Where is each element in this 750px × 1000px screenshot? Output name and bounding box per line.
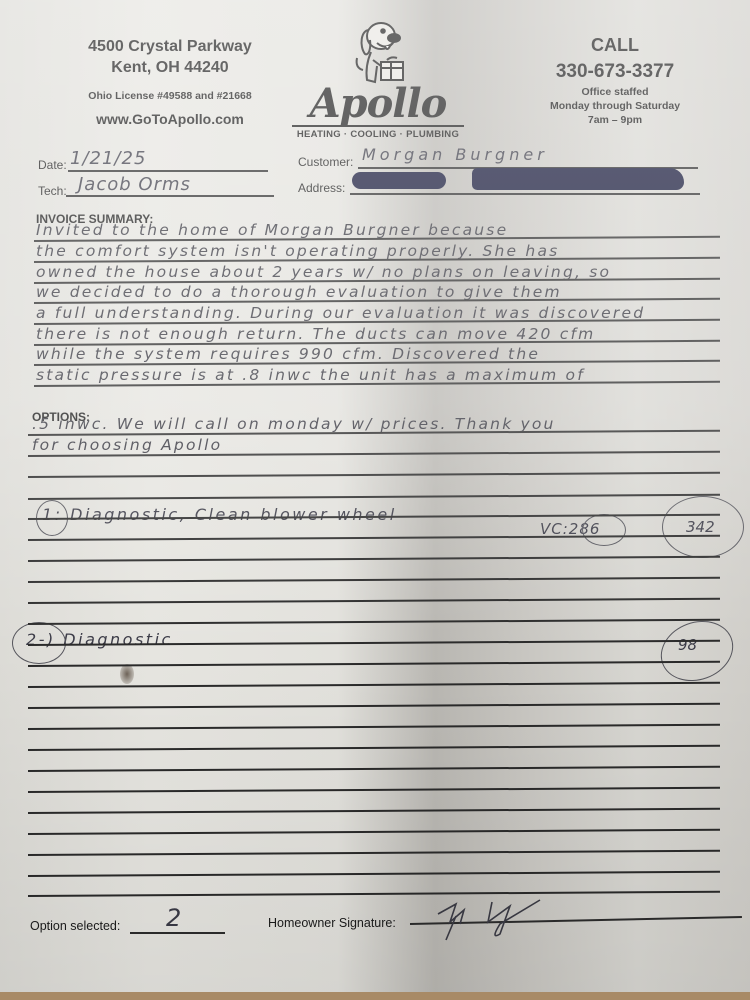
ruled-line [28,808,720,814]
company-website: www.GoToApollo.com [20,111,320,127]
contact-info: CALL 330-673-3377 Office staffed Monday … [520,34,710,127]
ruled-line [28,577,720,583]
ruled-line [28,829,720,835]
date-underline [68,170,268,172]
hours-line-1: Office staffed [520,85,710,99]
ruled-line [28,472,720,478]
desk-edge [0,992,750,1000]
invoice-summary-line: while the system requires 990 cfm. Disco… [36,345,540,363]
tech-field[interactable]: Jacob Orms [78,174,191,195]
option-selected-underline [130,932,225,934]
option-selected-label: Option selected: [30,919,120,933]
option-1-price-circle [662,496,744,558]
ruled-line [28,724,720,730]
address-redaction-1 [352,172,446,189]
tech-label: Tech: [38,184,67,198]
ruled-line [28,556,720,562]
homeowner-signature[interactable] [430,894,550,944]
ruled-line [28,619,720,625]
option-2-price-circle [652,611,741,691]
hours-line-3: 7am – 9pm [520,113,710,127]
company-address-line1: 4500 Crystal Parkway [20,36,320,57]
date-field[interactable]: 1/21/25 [70,148,146,169]
ruled-line [28,682,720,688]
ruled-line [28,745,720,751]
ruled-line [28,766,720,772]
date-label: Date: [38,158,67,172]
company-address-line2: Kent, OH 44240 [20,57,320,78]
invoice-summary-line: Invited to the home of Morgan Burgner be… [36,221,508,239]
ruled-line [28,871,720,877]
ruled-line [28,598,720,604]
company-info: 4500 Crystal Parkway Kent, OH 44240 Ohio… [20,36,320,127]
stain-mark [120,664,134,684]
vc-price-circle [582,514,626,546]
ruled-line [28,891,720,897]
ruled-line [28,494,720,500]
address-redaction-2 [472,168,684,190]
customer-field[interactable]: Morgan Burgner [362,145,548,164]
customer-label: Customer: [298,155,353,169]
address-label: Address: [298,181,345,195]
ruled-line [28,787,720,793]
ruled-line [28,661,720,667]
dog-mascot-icon [343,16,413,88]
apollo-logo: Apollo HEATING · COOLING · PLUMBING [288,16,468,142]
phone-number: 330-673-3377 [520,59,710,85]
license-numbers: Ohio License #49588 and #21668 [20,90,320,102]
hours-line-2: Monday through Saturday [520,99,710,113]
address-underline [350,193,700,195]
option-selected-field[interactable]: 2 [166,904,182,932]
ruled-line [28,850,720,856]
call-label: CALL [520,34,710,56]
option-1-description[interactable]: 1: Diagnostic, Clean blower wheel [42,505,397,524]
ruled-line [28,703,720,709]
brand-name: Apollo [288,84,468,124]
tech-underline [66,195,274,197]
brand-tagline: HEATING · COOLING · PLUMBING [288,129,468,140]
options-line: for choosing Apollo [32,436,222,454]
signature-label: Homeowner Signature: [268,916,396,930]
